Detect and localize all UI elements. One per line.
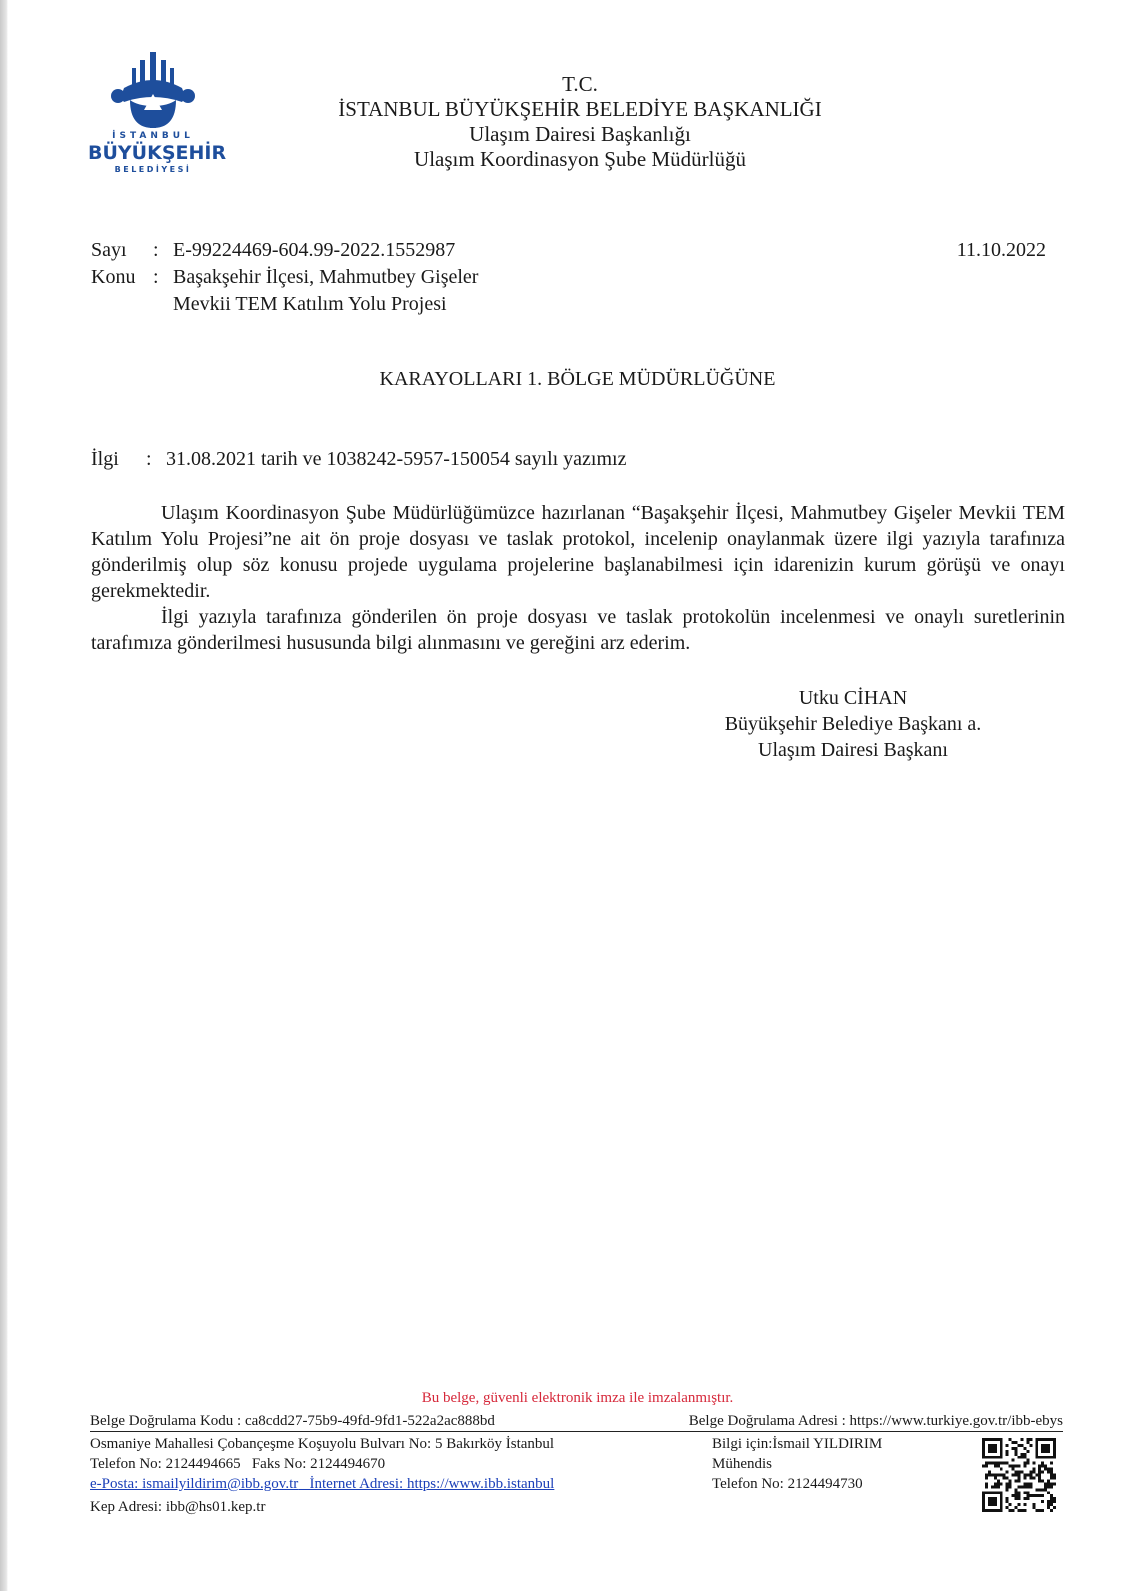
signature-block: Utku CİHAN Büyükşehir Belediye Başkanı a… (700, 685, 1006, 763)
signatory-title-2: Ulaşım Dairesi Başkanı (700, 737, 1006, 763)
footer-info: Bilgi için:İsmail YILDIRIM Mühendis Tele… (712, 1434, 882, 1494)
sayi-label: Sayı (91, 237, 153, 264)
konu-value: Başakşehir İlçesi, Mahmutbey Gişeler Mev… (173, 264, 478, 318)
konu-line-1: Başakşehir İlçesi, Mahmutbey Gişeler (173, 266, 478, 288)
ibb-emblem-icon (88, 50, 218, 130)
document-date: 11.10.2022 (957, 237, 1046, 264)
header-department: Ulaşım Dairesi Başkanlığı (300, 122, 860, 147)
letter-body: Ulaşım Koordinasyon Şube Müdürlüğümüzce … (91, 500, 1065, 656)
esign-notice: Bu belge, güvenli elektronik imza ile im… (0, 1390, 1127, 1407)
verification-line: Belge Doğrulama Kodu : ca8cdd27-75b9-49f… (90, 1413, 1063, 1432)
reference-label: İlgi (91, 448, 146, 471)
addressee: KARAYOLLARI 1. BÖLGE MÜDÜRLÜĞÜNE (0, 368, 1127, 391)
ibb-logo: İSTANBUL BÜYÜKŞEHİR BELEDİYESİ (88, 50, 218, 180)
konu-row: Konu : Başakşehir İlçesi, Mahmutbey Gişe… (91, 264, 478, 318)
signatory-name: Utku CİHAN (700, 685, 1006, 711)
info-contact: Bilgi için:İsmail YILDIRIM (712, 1434, 882, 1454)
document-meta: Sayı : E-99224469-604.99-2022.1552987 Ko… (91, 237, 478, 318)
reference-value: 31.08.2021 tarih ve 1038242-5957-150054 … (166, 448, 626, 471)
sayi-colon: : (153, 237, 173, 264)
page-edge-shadow (0, 0, 8, 1591)
header-institution: İSTANBUL BÜYÜKŞEHİR BELEDİYE BAŞKANLIĞI (300, 97, 860, 122)
header-tc: T.C. (300, 72, 860, 97)
info-role: Mühendis (712, 1454, 882, 1474)
konu-label: Konu (91, 264, 153, 318)
letterhead: T.C. İSTANBUL BÜYÜKŞEHİR BELEDİYE BAŞKAN… (300, 72, 860, 172)
konu-line-2: Mevkii TEM Katılım Yolu Projesi (173, 293, 447, 315)
footer-contact: Osmaniye Mahallesi Çobançeşme Koşuyolu B… (90, 1434, 554, 1517)
verification-address[interactable]: Belge Doğrulama Adresi : https://www.tur… (689, 1413, 1063, 1430)
logo-text-belediyesi: BELEDİYESİ (88, 165, 218, 174)
website-link[interactable]: İnternet Adresi: https://www.ibb.istanbu… (310, 1476, 555, 1492)
sayi-value: E-99224469-604.99-2022.1552987 (173, 237, 455, 264)
qr-code-icon (982, 1438, 1056, 1512)
link-gap (298, 1476, 309, 1492)
body-paragraph-2: İlgi yazıyla tarafınıza gönderilen ön pr… (91, 604, 1065, 656)
footer-address: Osmaniye Mahallesi Çobançeşme Koşuyolu B… (90, 1434, 554, 1454)
kep-address: Kep Adresi: ibb@hs01.kep.tr (90, 1497, 554, 1517)
body-paragraph-1: Ulaşım Koordinasyon Şube Müdürlüğümüzce … (91, 500, 1065, 604)
footer-phone-fax: Telefon No: 2124494665 Faks No: 21244946… (90, 1454, 554, 1474)
verification-code: Belge Doğrulama Kodu : ca8cdd27-75b9-49f… (90, 1413, 495, 1430)
sayi-row: Sayı : E-99224469-604.99-2022.1552987 (91, 237, 478, 264)
logo-text-buyuksehir: BÜYÜKŞEHİR (88, 142, 218, 164)
email-link[interactable]: e-Posta: ismailyildirim@ibb.gov.tr (90, 1476, 298, 1492)
logo-text-istanbul: İSTANBUL (88, 131, 218, 141)
header-branch: Ulaşım Koordinasyon Şube Müdürlüğü (300, 147, 860, 172)
reference-colon: : (146, 448, 166, 471)
info-phone: Telefon No: 2124494730 (712, 1474, 882, 1494)
footer-links: e-Posta: ismailyildirim@ibb.gov.tr İnter… (90, 1474, 554, 1494)
signatory-title-1: Büyükşehir Belediye Başkanı a. (700, 711, 1006, 737)
reference-row: İlgi : 31.08.2021 tarih ve 1038242-5957-… (91, 448, 626, 471)
konu-colon: : (153, 264, 173, 318)
